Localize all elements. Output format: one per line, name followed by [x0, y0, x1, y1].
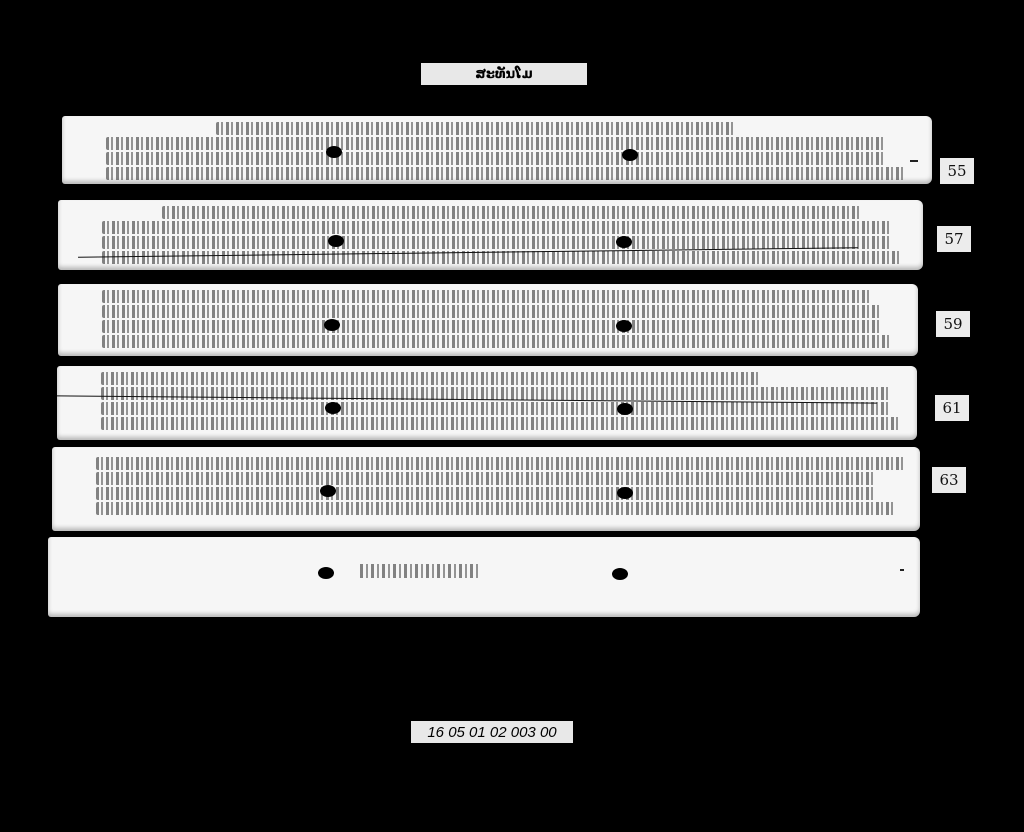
palm-leaf-6 — [48, 537, 920, 617]
script-line — [96, 457, 906, 470]
binding-hole — [612, 568, 628, 580]
colophon-text — [360, 564, 480, 578]
binding-hole — [324, 319, 340, 331]
palm-leaf-4 — [57, 366, 917, 440]
script-line — [101, 402, 891, 415]
catalog-id-label: 16 05 01 02 003 00 — [411, 721, 573, 743]
margin-mark — [900, 569, 904, 571]
binding-hole — [320, 485, 336, 497]
script-line — [106, 152, 886, 165]
binding-hole — [622, 149, 638, 161]
script-line — [96, 487, 876, 500]
binding-hole — [318, 567, 334, 579]
palm-leaf-1 — [62, 116, 932, 184]
script-line — [102, 221, 892, 234]
page-number-label: 61 — [935, 395, 969, 421]
binding-hole — [328, 235, 344, 247]
page-number-label: 63 — [932, 467, 966, 493]
binding-hole — [616, 236, 632, 248]
script-line — [216, 122, 736, 135]
script-line — [102, 251, 902, 264]
manuscript-title-label: ສະທັນໂມ — [421, 63, 587, 85]
script-line — [96, 502, 896, 515]
script-line — [102, 236, 892, 249]
binding-hole — [616, 320, 632, 332]
palm-leaf-2 — [58, 200, 923, 270]
binding-hole — [326, 146, 342, 158]
binding-hole — [325, 402, 341, 414]
script-line — [96, 472, 876, 485]
binding-hole — [617, 487, 633, 499]
script-line — [102, 320, 882, 333]
script-line — [101, 387, 891, 400]
script-line — [162, 206, 862, 219]
page-number-label: 55 — [940, 158, 974, 184]
script-line — [101, 417, 901, 430]
palm-leaf-3 — [58, 284, 918, 356]
script-line — [102, 335, 892, 348]
page-number-label: 57 — [937, 226, 971, 252]
palm-leaf-5 — [52, 447, 920, 531]
script-line — [106, 137, 886, 150]
margin-mark — [910, 160, 918, 162]
script-line — [102, 305, 882, 318]
script-line — [106, 167, 906, 180]
binding-hole — [617, 403, 633, 415]
script-line — [102, 290, 872, 303]
script-line — [101, 372, 761, 385]
page-number-label: 59 — [936, 311, 970, 337]
